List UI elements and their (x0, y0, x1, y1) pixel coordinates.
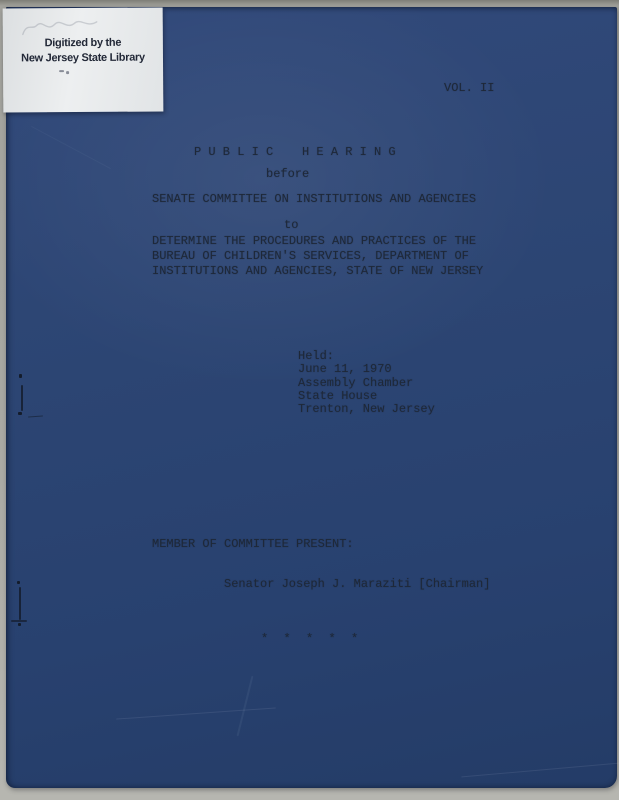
crease-line (237, 676, 254, 737)
label-text-line1: Digitized by the (3, 36, 163, 49)
pencil-mark (59, 70, 64, 72)
volume-label: VOL. II (444, 82, 494, 95)
hearing-details: Held: June 11, 1970 Assembly Chamber Sta… (298, 350, 435, 416)
crease-line (116, 707, 276, 719)
hearing-subject: DETERMINE THE PROCEDURES AND PRACTICES O… (152, 234, 483, 279)
committee-member-name: Senator Joseph J. Maraziti [Chairman] (224, 578, 490, 591)
before-text: before (266, 168, 309, 181)
crease-line (31, 126, 111, 169)
hearing-title: P U B L I C H E A R I N G (194, 146, 396, 159)
digitization-label: Digitized by the New Jersey State Librar… (3, 7, 164, 112)
to-text: to (284, 219, 298, 232)
star-separator: * * * * * (261, 633, 359, 646)
crease-line (461, 762, 619, 778)
scanned-page: VOL. II P U B L I C H E A R I N G before… (0, 0, 619, 800)
members-present-heading: MEMBER OF COMMITTEE PRESENT: (152, 538, 354, 551)
label-text-line2: New Jersey State Library (3, 51, 163, 64)
pencil-mark (66, 71, 69, 74)
committee-name: SENATE COMMITTEE ON INSTITUTIONS AND AGE… (152, 193, 476, 206)
